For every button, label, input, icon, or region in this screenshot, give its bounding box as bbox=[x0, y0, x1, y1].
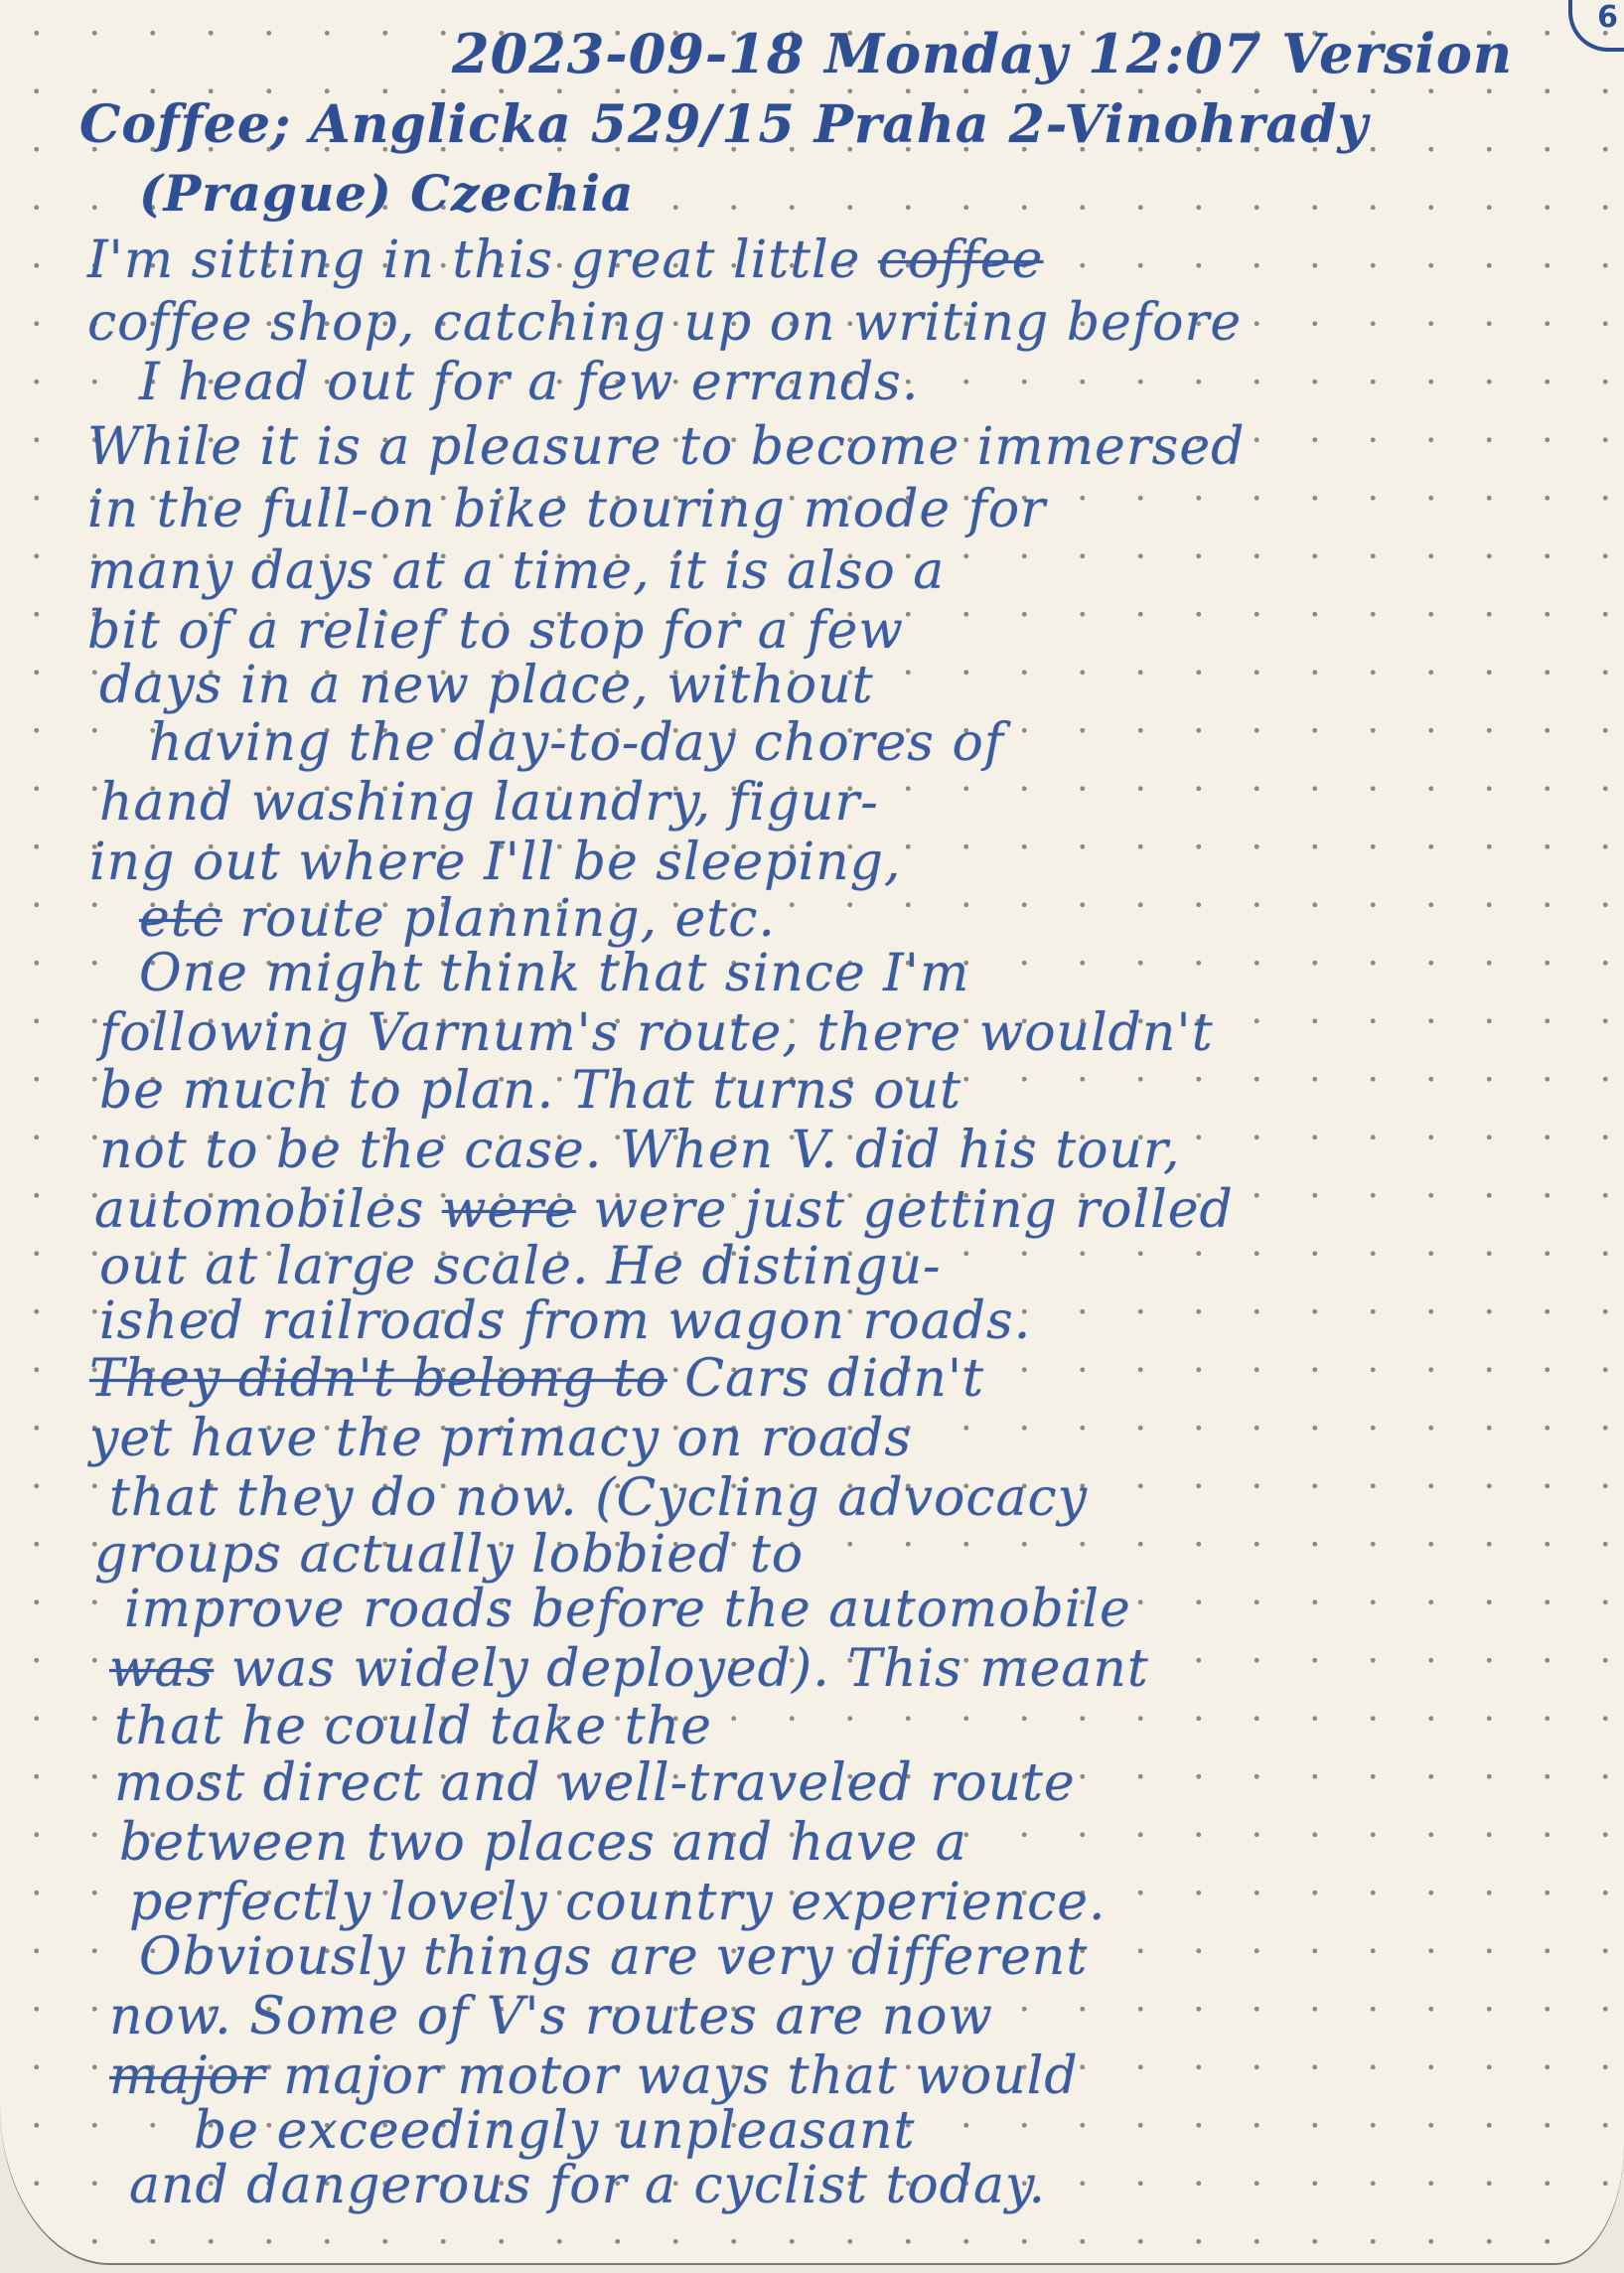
journal-line: most direct and well-traveled route bbox=[114, 1753, 1076, 1813]
journal-line: ished railroads from wagon roads. bbox=[99, 1291, 1031, 1351]
journal-page: 6 2023-09-18 Monday 12:07 Version Coffee… bbox=[0, 0, 1624, 2265]
location-line-1: Coffee; Anglicka 529/15 Praha 2-Vinohrad… bbox=[79, 94, 1369, 155]
journal-line: ing out where I'll be sleeping, bbox=[89, 833, 901, 892]
journal-line: etc route planning, etc. bbox=[139, 889, 776, 949]
journal-line: automobiles were were just getting rolle… bbox=[94, 1180, 1234, 1240]
journal-line: Obviously things are very different bbox=[139, 1927, 1088, 1987]
journal-line: be exceedingly unpleasant bbox=[194, 2101, 915, 2161]
location-line-2: (Prague) Czechia bbox=[139, 164, 634, 223]
journal-line: following Varnum's route, there wouldn't bbox=[99, 1003, 1214, 1063]
journal-line: having the day-to-day chores of bbox=[149, 713, 1004, 773]
journal-line: and dangerous for a cyclist today. bbox=[129, 2156, 1046, 2215]
journal-line: They didn't belong to Cars didn't bbox=[89, 1349, 984, 1409]
journal-line: perfectly lovely country experience. bbox=[129, 1873, 1107, 1932]
journal-line: be much to plan. That turns out bbox=[99, 1061, 961, 1121]
journal-line: major major motor ways that would bbox=[109, 2046, 1079, 2106]
journal-line: was was widely deployed). This meant bbox=[109, 1639, 1149, 1699]
date-line: 2023-09-18 Monday 12:07 Version bbox=[452, 22, 1513, 85]
journal-line: improve roads before the automobile bbox=[124, 1580, 1131, 1639]
journal-line: days in a new place, without bbox=[99, 656, 873, 715]
journal-line: groups actually lobbied to bbox=[94, 1525, 804, 1585]
page-number-mark: 6 bbox=[1597, 0, 1618, 35]
journal-line: many days at a time, it is also a bbox=[87, 541, 945, 601]
journal-line: yet have the primacy on roads bbox=[89, 1409, 912, 1468]
journal-line: in the full-on bike touring mode for bbox=[87, 480, 1046, 539]
journal-line: One might think that since I'm bbox=[139, 944, 969, 1003]
journal-line: out at large scale. He distingu- bbox=[99, 1237, 942, 1296]
journal-line: that he could take the bbox=[114, 1697, 712, 1756]
journal-line: I head out for a few errands. bbox=[139, 353, 919, 412]
journal-line: that they do now. (Cycling advocacy bbox=[109, 1468, 1088, 1528]
journal-line: between two places and have a bbox=[119, 1813, 967, 1873]
journal-line: now. Some of V's routes are now bbox=[109, 1987, 993, 2046]
journal-line: coffee shop, catching up on writing befo… bbox=[87, 293, 1242, 353]
journal-line: bit of a relief to stop for a few bbox=[87, 601, 904, 661]
journal-line: I'm sitting in this great little coffee bbox=[87, 230, 1043, 290]
journal-line: not to be the case. When V. did his tour… bbox=[99, 1121, 1181, 1180]
journal-line: While it is a pleasure to become immerse… bbox=[87, 417, 1245, 477]
journal-line: hand washing laundry, figur- bbox=[99, 773, 879, 833]
